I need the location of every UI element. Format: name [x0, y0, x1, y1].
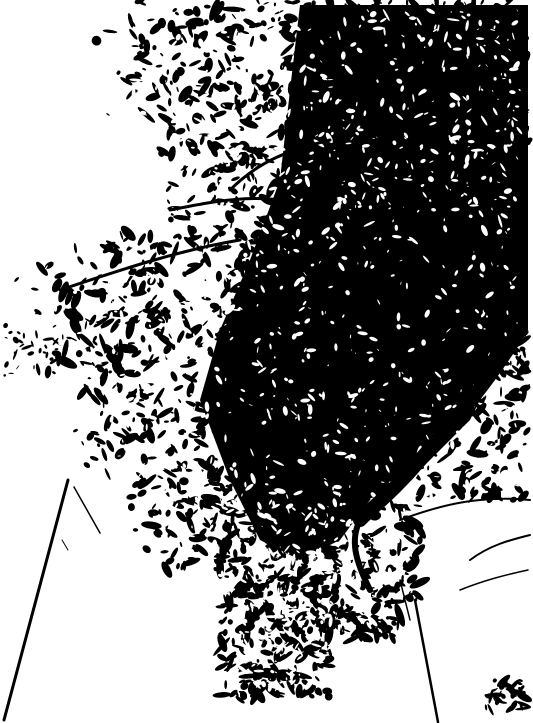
tree-foliage-image: [0, 0, 533, 723]
